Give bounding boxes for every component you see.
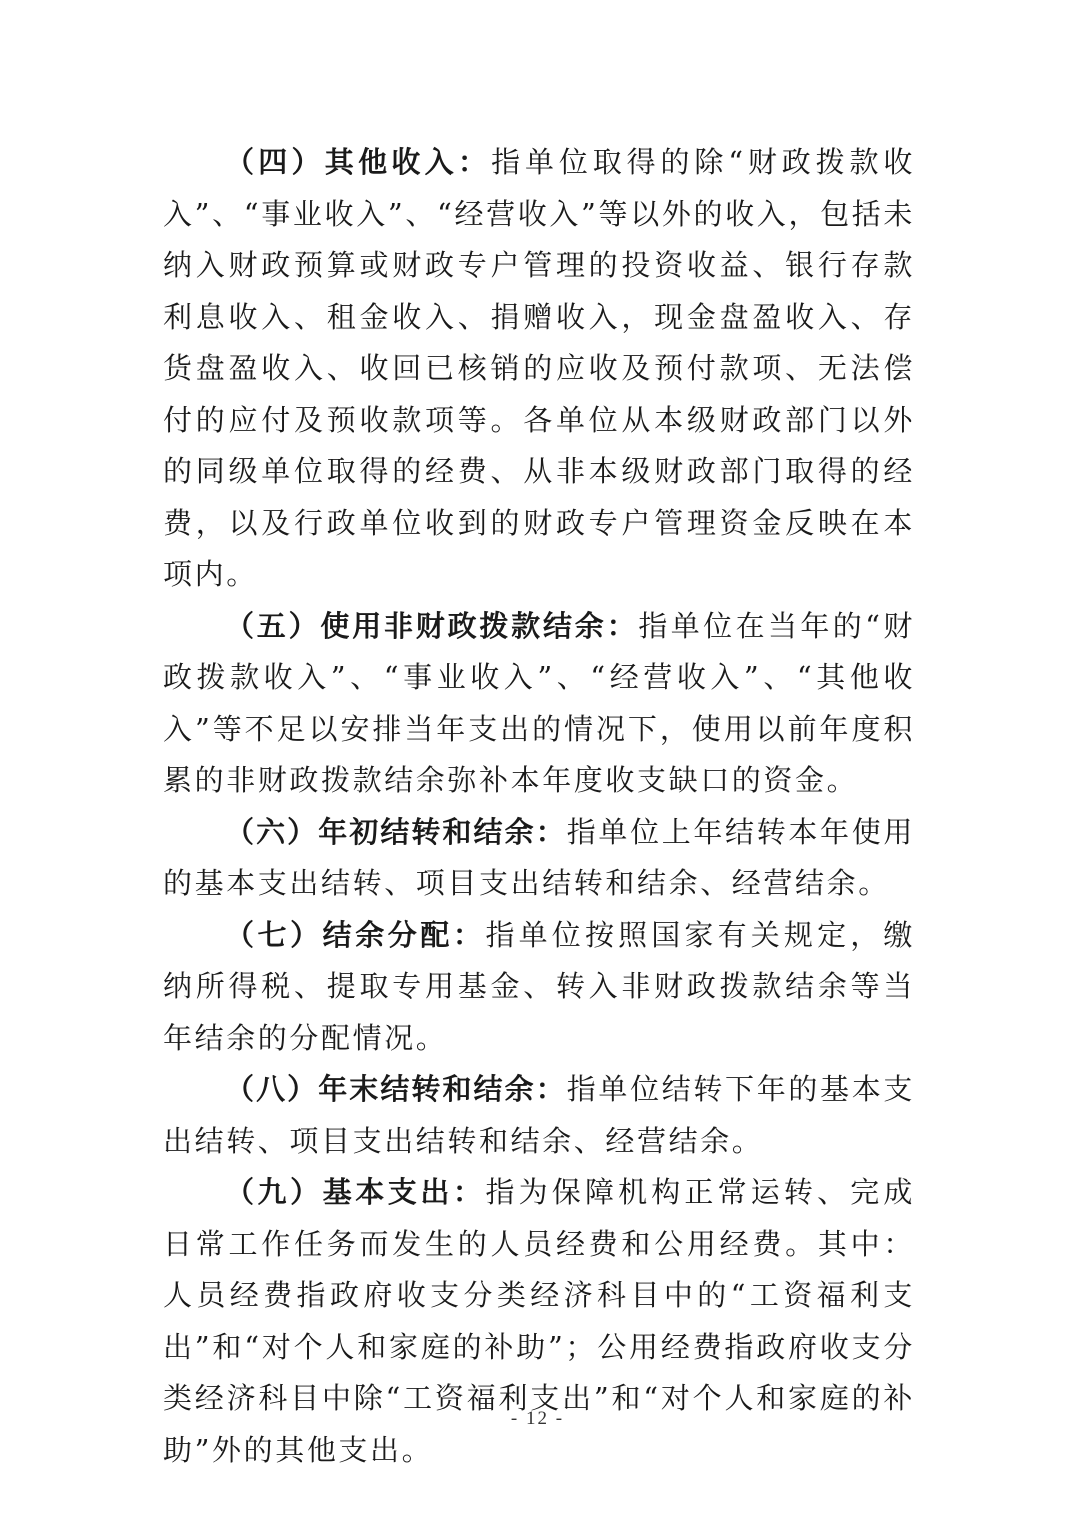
document-page: （四）其他收入：指单位取得的除“财政拨款收入”、“事业收入”、“经营收入”等以外… bbox=[163, 137, 915, 1476]
paragraph-heading: （五）使用非财政拨款结余： bbox=[225, 609, 638, 643]
paragraph-heading: （七）结余分配： bbox=[225, 918, 485, 952]
paragraph-body: 指单位取得的除“财政拨款收入”、“事业收入”、“经营收入”等以外的收入，包括未纳… bbox=[163, 145, 915, 591]
page-number: - 12 - bbox=[0, 1408, 1075, 1430]
paragraph-heading: （九）基本支出： bbox=[225, 1175, 485, 1209]
paragraph-surplus-distribution: （七）结余分配：指单位按照国家有关规定，缴纳所得税、提取专用基金、转入非财政拨款… bbox=[163, 910, 915, 1065]
paragraph-opening-carryover: （六）年初结转和结余：指单位上年结转本年使用的基本支出结转、项目支出结转和结余、… bbox=[163, 807, 915, 910]
paragraph-heading: （八）年末结转和结余： bbox=[225, 1072, 567, 1106]
paragraph-other-income: （四）其他收入：指单位取得的除“财政拨款收入”、“事业收入”、“经营收入”等以外… bbox=[163, 137, 915, 601]
paragraph-non-fiscal-surplus-use: （五）使用非财政拨款结余：指单位在当年的“财政拨款收入”、“事业收入”、“经营收… bbox=[163, 601, 915, 807]
paragraph-closing-carryover: （八）年末结转和结余：指单位结转下年的基本支出结转、项目支出结转和结余、经营结余… bbox=[163, 1064, 915, 1167]
paragraph-heading: （四）其他收入： bbox=[225, 145, 491, 179]
paragraph-heading: （六）年初结转和结余： bbox=[225, 815, 567, 849]
